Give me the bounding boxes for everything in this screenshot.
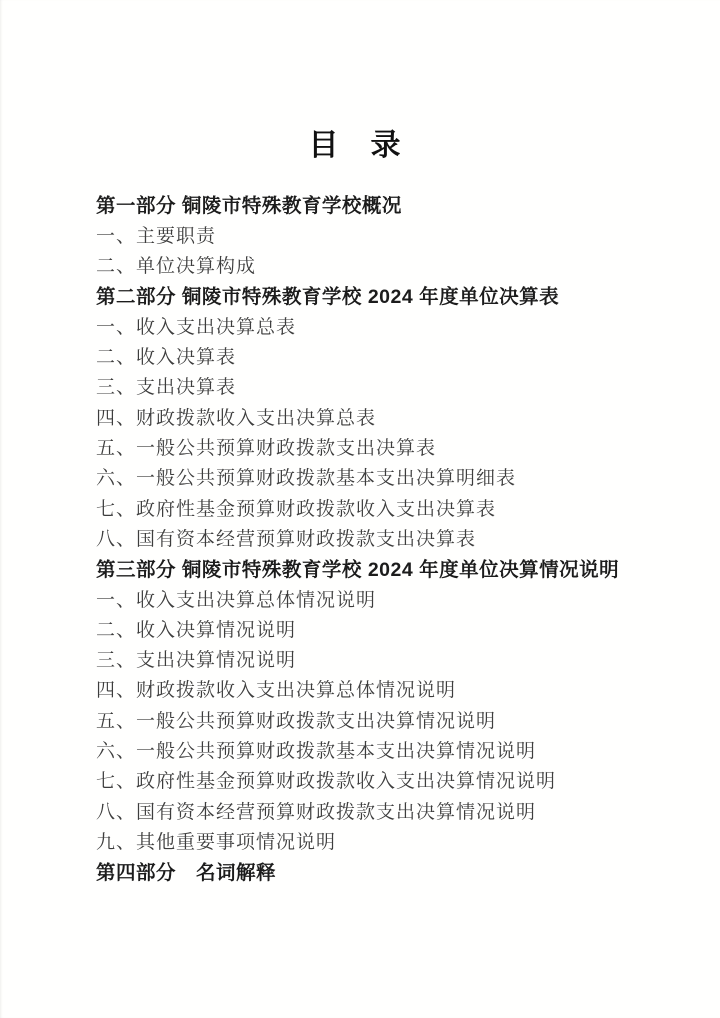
- toc-entry: 二、收入决算情况说明: [96, 613, 690, 643]
- toc-entry: 四、财政拨款收入支出决算总表: [96, 401, 690, 431]
- toc-entry: 一、主要职责: [96, 219, 690, 249]
- toc-entry: 第四部分 名词解释: [96, 856, 690, 886]
- toc-entry: 七、政府性基金预算财政拨款收入支出决算情况说明: [96, 765, 690, 795]
- toc-entry: 七、政府性基金预算财政拨款收入支出决算表: [96, 492, 690, 522]
- page-title: 目 录: [0, 127, 710, 165]
- toc-entry: 第二部分 铜陵市特殊教育学校 2024 年度单位决算表: [96, 280, 690, 310]
- toc-entry: 五、一般公共预算财政拨款支出决算情况说明: [96, 704, 690, 734]
- toc-entry: 一、收入支出决算总体情况说明: [96, 583, 690, 613]
- toc-entry: 三、支出决算情况说明: [96, 643, 690, 673]
- toc-entry: 第一部分 铜陵市特殊教育学校概况: [96, 189, 690, 219]
- toc-entry: 四、财政拨款收入支出决算总体情况说明: [96, 674, 690, 704]
- scanned-document-page: 目 录 第一部分 铜陵市特殊教育学校概况一、主要职责二、单位决算构成第二部分 铜…: [0, 0, 720, 1018]
- toc-entry: 一、收入支出决算总表: [96, 310, 690, 340]
- toc-entry: 六、一般公共预算财政拨款基本支出决算明细表: [96, 462, 690, 492]
- toc-entry: 八、国有资本经营预算财政拨款支出决算表: [96, 522, 690, 552]
- toc-entry: 二、收入决算表: [96, 340, 690, 370]
- toc-entry: 六、一般公共预算财政拨款基本支出决算情况说明: [96, 734, 690, 764]
- toc-entry: 八、国有资本经营预算财政拨款支出决算情况说明: [96, 795, 690, 825]
- toc-entry: 第三部分 铜陵市特殊教育学校 2024 年度单位决算情况说明: [96, 553, 690, 583]
- toc-entry: 五、一般公共预算财政拨款支出决算表: [96, 431, 690, 461]
- toc-entry: 九、其他重要事项情况说明: [96, 825, 690, 855]
- toc-entry: 三、支出决算表: [96, 371, 690, 401]
- toc-entry: 二、单位决算构成: [96, 250, 690, 280]
- toc-list: 第一部分 铜陵市特殊教育学校概况一、主要职责二、单位决算构成第二部分 铜陵市特殊…: [96, 189, 690, 886]
